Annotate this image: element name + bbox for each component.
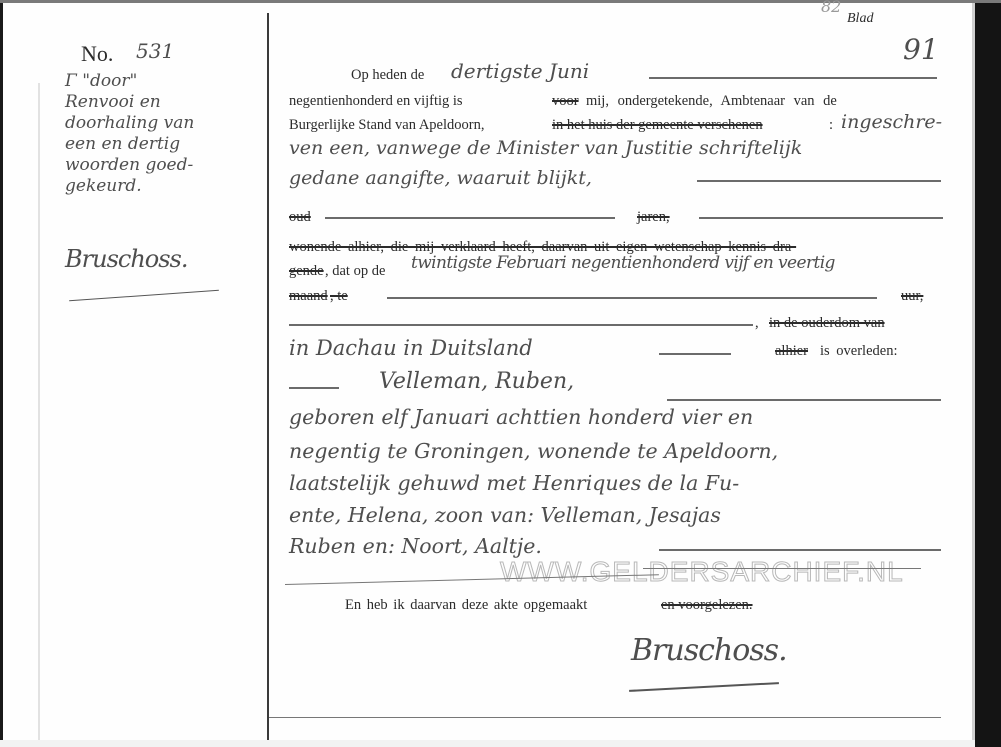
text-dat-op-de: , dat op de bbox=[325, 263, 385, 280]
struck-ouderdom: in de ouderdom van bbox=[769, 315, 885, 332]
struck-oud: oud bbox=[289, 209, 311, 226]
struck-alhier: alhier bbox=[775, 343, 808, 360]
fill-line bbox=[289, 387, 339, 389]
margin-note-line: Renvooi en bbox=[65, 92, 265, 113]
hand-parents-cont: Ruben en: Noort, Aaltje. bbox=[289, 534, 542, 558]
hand-birth: geboren elf Januari achttien honderd vie… bbox=[289, 405, 753, 429]
text-ambtenaar: mij, ondergetekende, Ambtenaar van de bbox=[586, 93, 837, 110]
struck-voorgelezen: en voorgelezen. bbox=[661, 597, 753, 614]
margin-note-line: gekeurd. bbox=[65, 176, 265, 197]
scan-bottom-border bbox=[0, 740, 975, 747]
register-number-value: 531 bbox=[136, 39, 174, 63]
fill-line bbox=[699, 217, 943, 219]
struck-voor: voor bbox=[552, 93, 579, 110]
bottom-rule bbox=[269, 717, 941, 718]
text-colon: : bbox=[829, 117, 833, 134]
struck-verschenen: in het huis der gemeente verschenen bbox=[552, 117, 763, 134]
column-rule bbox=[267, 13, 269, 740]
sheet-number: 91 bbox=[903, 33, 939, 66]
text-burgerlijke-stand: Burgerlijke Stand van Apeldoorn, bbox=[289, 117, 484, 134]
hand-date: dertigste Juni bbox=[451, 59, 589, 83]
fill-line bbox=[667, 399, 941, 401]
fill-line bbox=[387, 297, 877, 299]
register-number-label: No. bbox=[81, 41, 113, 67]
sheet-label: Blad bbox=[847, 11, 873, 27]
hand-death-date: twintigste Februari negentienhonderd vij… bbox=[411, 253, 835, 273]
text-is-overleden: is overleden: bbox=[820, 343, 898, 360]
hand-deceased-name: Velleman, Ruben, bbox=[379, 369, 574, 394]
hand-place-of-death: in Dachau in Duitsland bbox=[289, 336, 533, 360]
struck-maand: maand bbox=[289, 288, 328, 305]
margin-signature: Bruschoss. bbox=[65, 245, 188, 273]
document-page: No. 531 Γ "door" Renvooi en doorhaling v… bbox=[3, 3, 972, 740]
margin-signature-underline bbox=[69, 290, 219, 301]
margin-note-line: woorden goed- bbox=[65, 155, 265, 176]
text-op-heden: Op heden de bbox=[351, 67, 424, 84]
watermark: WWW.GELDERSARCHIEF.NL bbox=[500, 556, 904, 588]
sheet-number-pencil: 82 bbox=[821, 0, 841, 16]
text-comma: , bbox=[755, 315, 759, 332]
fill-line bbox=[649, 77, 937, 79]
margin-note-line: Γ "door" bbox=[65, 71, 265, 92]
hand-minister: ven een, vanwege de Minister van Justiti… bbox=[289, 137, 802, 159]
text-year: negentienhonderd en vijftig is bbox=[289, 93, 463, 110]
fill-line bbox=[659, 549, 941, 551]
fill-line bbox=[289, 324, 753, 326]
hand-aangifte: gedane aangifte, waaruit blijkt, bbox=[289, 167, 592, 189]
registrar-signature: Bruschoss. bbox=[631, 633, 787, 668]
hand-ingeschreven: ingeschre- bbox=[841, 111, 942, 133]
hand-birthplace-residence: negentig te Groningen, wonende te Apeldo… bbox=[289, 439, 778, 463]
signature-underline bbox=[629, 682, 779, 692]
struck-te: , te bbox=[330, 288, 348, 305]
fill-line bbox=[659, 353, 731, 355]
margin-rule bbox=[38, 83, 40, 740]
struck-uur: uur, bbox=[901, 288, 923, 305]
margin-note-line: doorhaling van bbox=[65, 113, 265, 134]
closing-line bbox=[643, 568, 921, 569]
struck-jaren: jaren, bbox=[637, 209, 670, 226]
hand-spouse: laatstelijk gehuwd met Henriques de la F… bbox=[289, 471, 739, 495]
margin-annotation: Γ "door" Renvooi en doorhaling van een e… bbox=[65, 71, 265, 197]
margin-note-line: een en dertig bbox=[65, 134, 265, 155]
fill-line bbox=[325, 217, 615, 219]
text-closing: En heb ik daarvan deze akte opgemaakt bbox=[345, 597, 587, 614]
fill-line bbox=[697, 180, 941, 182]
hand-parents: ente, Helena, zoon van: Velleman, Jesaja… bbox=[289, 503, 721, 527]
scan-right-border bbox=[975, 3, 1001, 747]
struck-gende: gende bbox=[289, 263, 324, 280]
